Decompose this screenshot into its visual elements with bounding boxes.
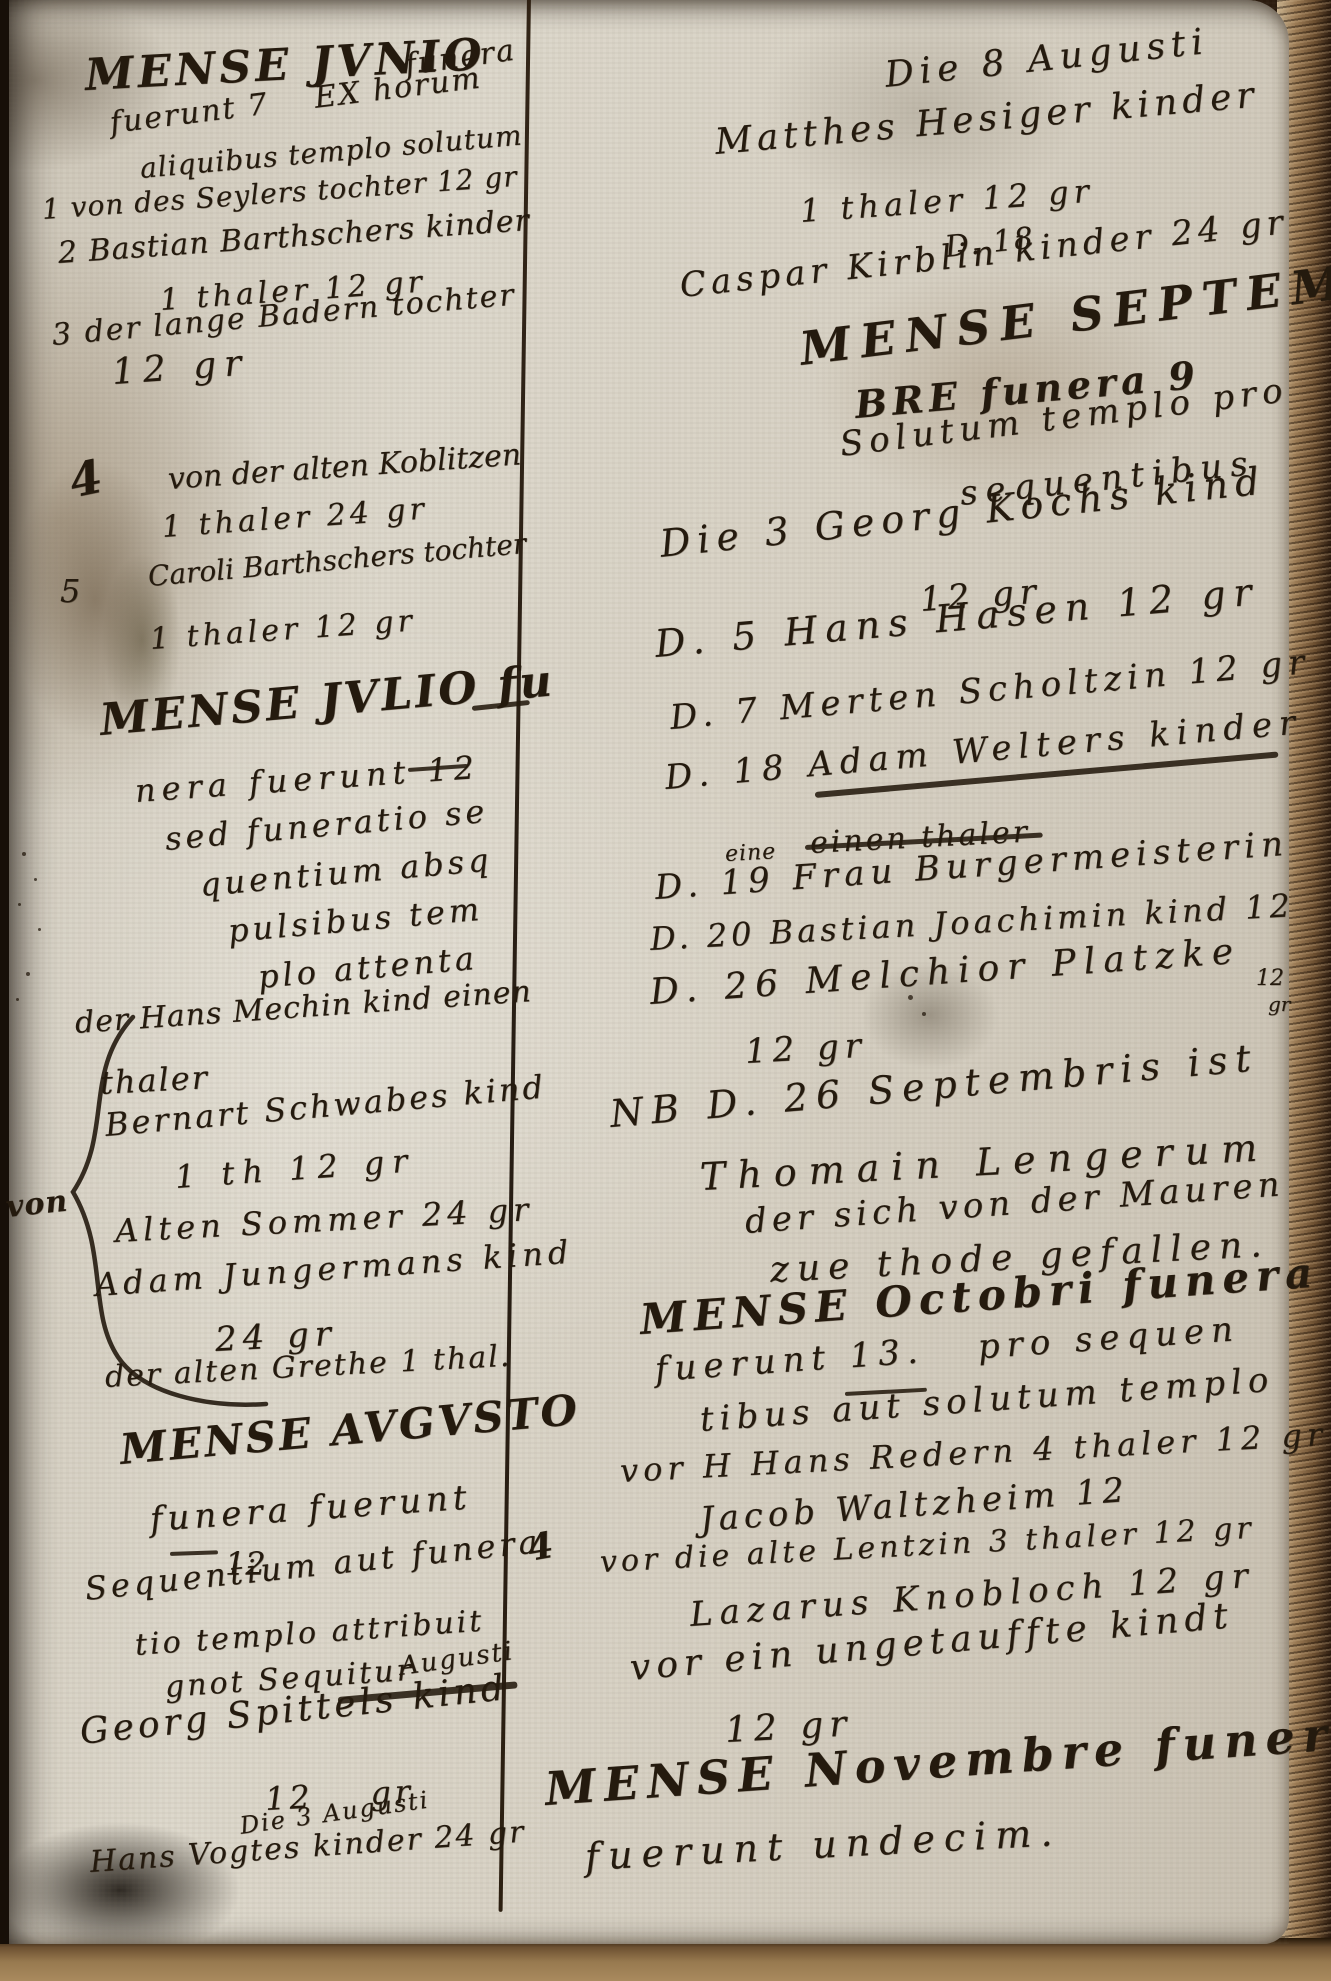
edge-note: gr [1268,992,1290,1016]
register-line: thaler [99,1058,210,1102]
amount-line: 12 gr [744,1026,868,1072]
entry-number: 5 [60,572,80,610]
edge-note: 12 [1256,966,1284,991]
ink-smudge [908,995,913,1000]
ink-dot [26,972,30,976]
ink-dot [38,928,41,931]
ink-dot [18,903,21,906]
ink-smudge [922,1012,926,1016]
book-bottom-edge [0,1938,1331,1981]
binding-gutter-shadow [0,0,9,1944]
manuscript-page-photo: MENSE JVNIO funera fuerunt 7 EX horum al… [0,0,1331,1981]
ink-dot [22,852,26,856]
margin-word: von [4,1184,70,1225]
ink-dot [34,878,37,881]
ink-dot [16,998,19,1001]
